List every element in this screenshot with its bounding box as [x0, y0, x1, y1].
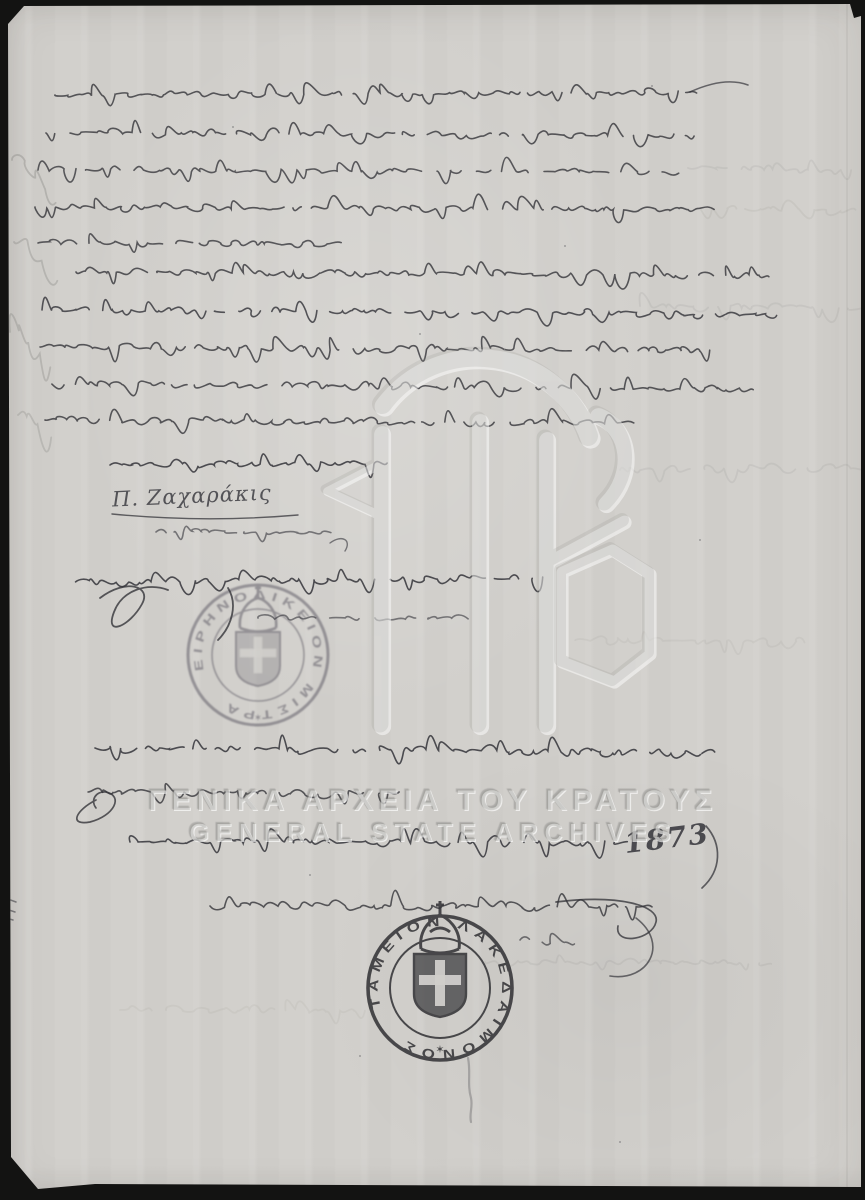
paper-sheet: ΕΙΡΗΝΟΔΙΚΕΙΟΝ ΜΙΣΤΡΑ ✶ [0, 0, 865, 1200]
paper-crease [846, 0, 848, 1200]
watermark-text-greek: ΓΕΝΙΚΑ ΑΡΧΕΙΑ ΤΟΥ ΚΡΑΤΟΥΣ [0, 784, 865, 818]
scanner-stripe-artifacts [0, 0, 865, 1200]
date-year: 1873 [622, 817, 711, 860]
watermark-text-english: GENERAL STATE ARCHIVES [0, 817, 865, 848]
signature-name: Π. Ζαχαράκις [112, 481, 273, 512]
handwriting-strokes [5, 82, 777, 1122]
svg-text:ΕΙΡΗΝΟΔΙΚΕΙΟΝ ΜΙΣΤΡΑ: ΕΙΡΗΝΟΔΙΚΕΙΟΝ ΜΙΣΤΡΑ [173, 570, 343, 740]
scanned-document: ΕΙΡΗΝΟΔΙΚΕΙΟΝ ΜΙΣΤΡΑ ✶ [0, 0, 865, 1200]
treasury-stamp-ornament: ✶ [435, 1044, 444, 1056]
treasury-stamp-text: ΤΑΜΕΙΟΝ ΛΑΚΕΔΑΙΜΟΝΟΣ [345, 893, 536, 1083]
court-stamp-ornament: ✶ [254, 713, 262, 724]
archive-watermark-monogram-icon [0, 0, 865, 1200]
crown-icon [240, 585, 276, 632]
court-stamp-text: ΕΙΡΗΝΟΔΙΚΕΙΟΝ ΜΙΣΤΡΑ [173, 570, 343, 740]
treasury-seal-stamp: ΤΑΜΕΙΟΝ ΛΑΚΕΔΑΙΜΟΝΟΣ ✶ [345, 893, 536, 1083]
crown-icon [421, 901, 460, 953]
dust-specks [232, 85, 701, 1143]
shield-cross-icon [236, 632, 280, 686]
shield-cross-icon [414, 954, 466, 1017]
court-seal-stamp: ΕΙΡΗΝΟΔΙΚΕΙΟΝ ΜΙΣΤΡΑ ✶ [173, 570, 343, 740]
bleedthrough-handwriting [9, 155, 865, 1023]
ink-layer: ΕΙΡΗΝΟΔΙΚΕΙΟΝ ΜΙΣΤΡΑ ✶ [0, 0, 865, 1200]
svg-text:ΤΑΜΕΙΟΝ ΛΑΚΕΔΑΙΜΟΝΟΣ: ΤΑΜΕΙΟΝ ΛΑΚΕΔΑΙΜΟΝΟΣ [345, 893, 536, 1083]
